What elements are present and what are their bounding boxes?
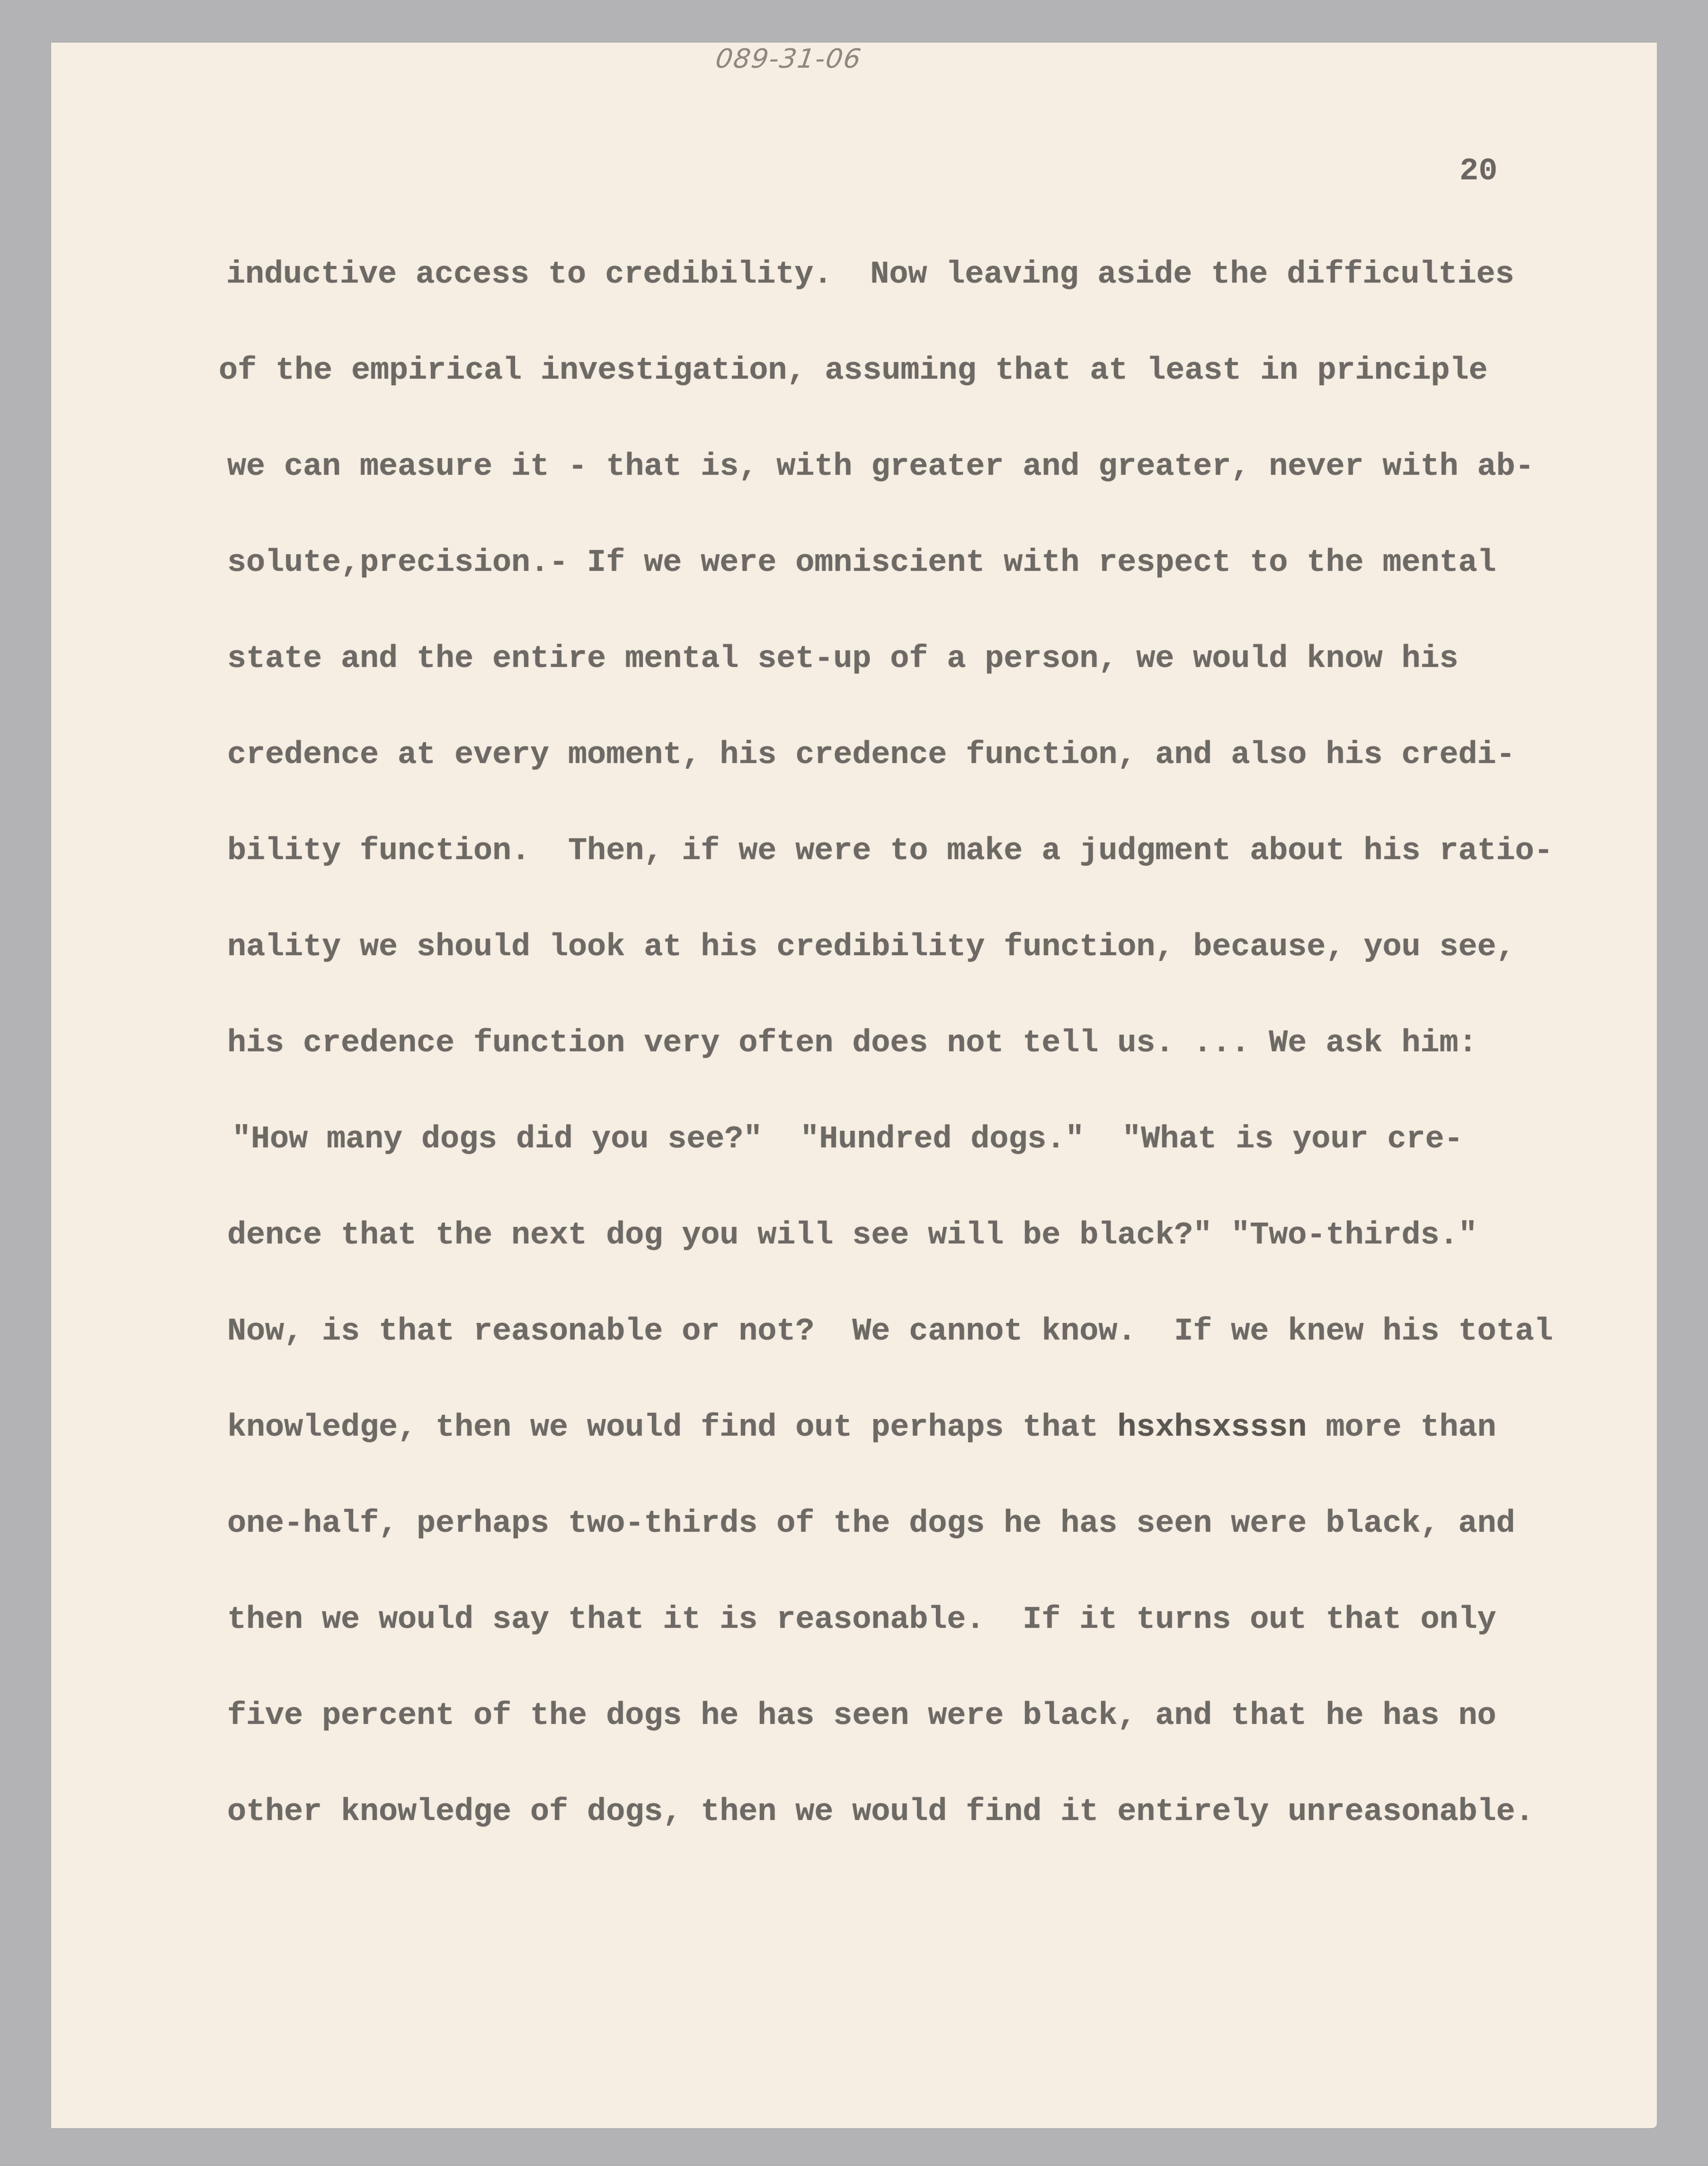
typed-over-strikeout: hsxhsxsssn <box>1117 1410 1307 1446</box>
line-text: other knowledge of dogs, then we would f… <box>227 1794 1534 1830</box>
line-text: bility function. Then, if we were to mak… <box>227 833 1553 869</box>
text-line-8: nality we should look at his credibility… <box>227 928 1515 966</box>
line-text: five percent of the dogs he has seen wer… <box>227 1698 1496 1734</box>
line-text: "How many dogs did you see?" "Hundred do… <box>232 1121 1463 1157</box>
line-text: solute,precision.- If we were omniscient… <box>227 545 1496 581</box>
line-text: knowledge, then we would find out perhap… <box>227 1410 1117 1446</box>
page-number: 20 <box>1459 152 1497 190</box>
line-text: state and the entire mental set-up of a … <box>227 641 1458 677</box>
line-text: nality we should look at his credibility… <box>227 929 1515 965</box>
text-line-15: then we would say that it is reasonable.… <box>227 1601 1496 1639</box>
text-line-12: Now, is that reasonable or not? We canno… <box>227 1313 1553 1350</box>
line-text: Now, is that reasonable or not? We canno… <box>227 1314 1553 1349</box>
line-text: one-half, perhaps two-thirds of the dogs… <box>227 1506 1515 1542</box>
text-line-5: state and the entire mental set-up of a … <box>227 640 1458 678</box>
line-text: credence at every moment, his credence f… <box>227 737 1515 773</box>
text-line-10: "How many dogs did you see?" "Hundred do… <box>232 1120 1463 1158</box>
line-text: then we would say that it is reasonable.… <box>227 1602 1496 1638</box>
text-line-2: of the empirical investigation, assuming… <box>219 352 1487 390</box>
line-text: dence that the next dog you will see wil… <box>227 1217 1477 1253</box>
line-text: his credence function very often does no… <box>227 1025 1477 1061</box>
text-line-3: we can measure it - that is, with greate… <box>227 448 1534 486</box>
text-line-4: solute,precision.- If we were omniscient… <box>227 544 1496 582</box>
text-line-13: knowledge, then we would find out perhap… <box>227 1409 1496 1447</box>
line-text: of the empirical investigation, assuming… <box>219 353 1487 389</box>
line-text: we can measure it - that is, with greate… <box>227 449 1534 485</box>
text-line-9: his credence function very often does no… <box>227 1024 1477 1062</box>
text-line-11: dence that the next dog you will see wil… <box>227 1216 1477 1254</box>
text-line-14: one-half, perhaps two-thirds of the dogs… <box>227 1505 1515 1543</box>
text-line-16: five percent of the dogs he has seen wer… <box>227 1697 1496 1735</box>
handwritten-archive-reference: 089-31-06 <box>713 44 863 74</box>
text-line-1: inductive access to credibility. Now lea… <box>226 256 1514 293</box>
line-text-continued: more than <box>1307 1410 1496 1446</box>
line-text: inductive access to credibility. Now lea… <box>226 257 1514 293</box>
text-line-7: bility function. Then, if we were to mak… <box>227 832 1553 870</box>
text-line-17: other knowledge of dogs, then we would f… <box>227 1793 1534 1831</box>
text-line-6: credence at every moment, his credence f… <box>227 736 1515 774</box>
